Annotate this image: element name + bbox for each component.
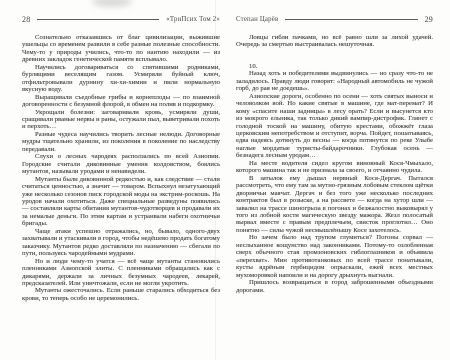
paragraph: Назад хоть и победителями выдвинулись — … — [236, 70, 433, 92]
book-spread: 28 «ТриПсих Том 2» Сознательно отказавши… — [0, 0, 450, 360]
paragraph: Мутанты ожесточались. Если раньше старал… — [22, 287, 220, 302]
left-page: 28 «ТриПсих Том 2» Сознательно отказавши… — [22, 0, 220, 302]
paragraph: В затылок ему дышал нервный Кося-Дергач.… — [236, 175, 433, 235]
paragraph: Укрощали болезни: заговаривали кровь, ус… — [22, 109, 220, 131]
paragraph: Мутанты были диковинной редкостью и, как… — [22, 176, 220, 228]
right-running-head: Степан Царёв 29 — [236, 14, 433, 24]
paragraph: Пришлось возвращаться в город заброшенны… — [236, 279, 433, 294]
paragraph: Выращивали съедобные грибы и корнеплоды … — [22, 94, 220, 109]
paragraph: Слухи о лесных чародеях расползались по … — [22, 153, 220, 175]
left-running-head: 28 «ТриПсих Том 2» — [22, 14, 220, 24]
paragraph: Но и люди чему-то учатся — всё чаще мута… — [22, 258, 220, 288]
paragraph: Но зачем было над трупом глумиться? Пого… — [236, 234, 433, 279]
paragraph: Ловцы гибли пачками, но всё равно шли за… — [236, 34, 433, 49]
right-page-number: 29 — [425, 15, 433, 24]
right-page-body: Ловцы гибли пачками, но всё равно шли за… — [236, 34, 433, 294]
left-page-body: Сознательно отказавшись от благ цивилиза… — [22, 34, 220, 302]
running-author-name: Степан Царёв — [236, 16, 278, 23]
paragraph: На месте водителя сидел кругом виновный … — [236, 160, 433, 175]
paragraph: Азиопские дороги, особенно по осени — хо… — [236, 93, 433, 160]
right-page: Степан Царёв 29 Ловцы гибли пачками, но … — [236, 0, 433, 294]
paragraph: Разные чудеса научились творить лесные н… — [22, 131, 220, 153]
left-page-number: 28 — [22, 15, 30, 24]
paragraph: Чаще атаки успешно отражались, но, бывал… — [22, 228, 220, 258]
running-book-title: «ТриПсих Том 2» — [166, 16, 220, 23]
paragraph: Научились договариваться со спятившими р… — [22, 64, 220, 94]
paragraph: Сознательно отказавшись от благ цивилиза… — [22, 34, 220, 64]
left-head-rule — [37, 19, 159, 20]
right-head-rule — [285, 19, 417, 20]
